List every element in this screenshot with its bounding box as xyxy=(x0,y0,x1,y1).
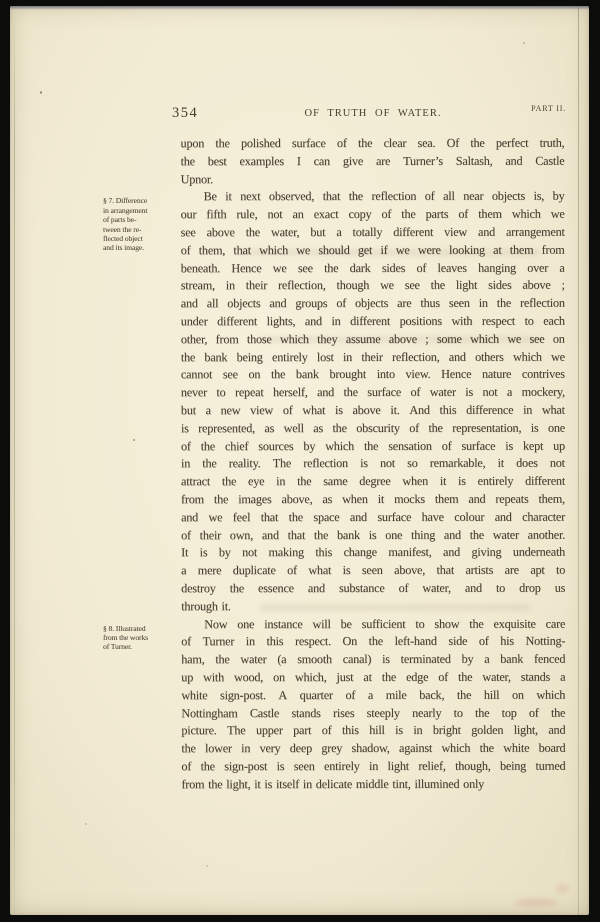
word: of xyxy=(458,207,468,222)
word: best xyxy=(208,154,227,169)
word: in xyxy=(331,314,340,329)
word: so xyxy=(407,456,417,471)
word: entirely xyxy=(272,350,308,365)
word: top xyxy=(502,705,517,720)
word: of xyxy=(425,189,435,204)
word: and xyxy=(308,581,325,596)
word: as xyxy=(264,421,274,436)
word: one xyxy=(548,420,565,435)
word: of xyxy=(529,705,539,720)
word: the xyxy=(208,777,222,792)
word: seen xyxy=(449,296,470,311)
word: the xyxy=(428,421,442,436)
text-line: fromtheimagesabove,aswhenitmocksthemandr… xyxy=(181,492,565,510)
word: see xyxy=(530,332,545,347)
word: of xyxy=(411,385,421,400)
word: a xyxy=(559,260,564,275)
word: ; xyxy=(561,278,564,293)
word: Hence xyxy=(441,367,471,382)
word: in xyxy=(181,457,190,472)
word: Be xyxy=(204,190,217,205)
word: near xyxy=(463,189,483,204)
word: change xyxy=(344,545,377,560)
word: is xyxy=(200,546,208,561)
word: shadow, xyxy=(352,741,390,756)
word: reality. xyxy=(229,457,261,472)
word: to xyxy=(216,385,225,400)
word: It xyxy=(181,546,188,561)
text-line: whitesign-post.Aquarterofamileback,thehi… xyxy=(181,687,565,705)
word: that xyxy=(233,243,251,258)
word: bank xyxy=(337,528,360,543)
word: a xyxy=(368,688,373,703)
margin-note-line: and its image. xyxy=(103,243,177,252)
word: what xyxy=(308,563,331,578)
word: it. xyxy=(390,403,399,418)
word: of xyxy=(337,136,347,151)
word: mockery, xyxy=(522,385,565,400)
text-line: nevertorepeatherself,andthesurfaceofwate… xyxy=(181,385,565,403)
word: duplicate xyxy=(233,563,276,578)
word: colour xyxy=(454,510,484,525)
word: above xyxy=(522,278,550,293)
word: the xyxy=(222,474,236,489)
word: of xyxy=(409,421,419,436)
word: above xyxy=(389,332,417,347)
word: surface xyxy=(367,385,401,400)
word: another. xyxy=(528,527,565,542)
word: in xyxy=(413,723,422,738)
word: entirely xyxy=(478,474,514,489)
word: of xyxy=(416,261,426,276)
word: which xyxy=(513,349,542,364)
word: rule, xyxy=(236,207,257,222)
word: which xyxy=(536,687,565,702)
word: water xyxy=(430,385,456,400)
word: to xyxy=(496,581,505,596)
word: new xyxy=(221,403,241,418)
word: of xyxy=(181,528,191,543)
word: seen xyxy=(294,759,315,774)
word: this xyxy=(267,634,284,649)
word: bank xyxy=(204,350,227,365)
word: the xyxy=(358,136,372,151)
paragraph-p2: Beitnextobserved,thatthereflectionofalln… xyxy=(181,189,566,617)
word: which, xyxy=(295,670,327,685)
word: mile xyxy=(386,688,407,703)
word: are xyxy=(397,296,411,311)
word: the xyxy=(215,652,229,667)
word: the xyxy=(470,527,484,542)
word: we xyxy=(273,261,287,276)
page-content: 354 OF TRUTH OF WATER. PART II. § 7. Dif… xyxy=(0,0,600,922)
word: deep xyxy=(290,741,312,756)
word: and xyxy=(262,528,279,543)
word: hill xyxy=(369,723,384,738)
word: from xyxy=(216,332,239,347)
word: not xyxy=(482,385,497,400)
word: degree xyxy=(359,474,390,489)
word: that xyxy=(437,563,455,578)
word: light, xyxy=(226,777,250,792)
word: entirely xyxy=(324,759,360,774)
word: white xyxy=(503,741,529,756)
word: is xyxy=(465,385,473,400)
text-line: thebestexamplesIcangiveareTurner’sSaltas… xyxy=(181,154,565,172)
word: on xyxy=(273,670,285,685)
word: thing xyxy=(411,527,435,542)
word: itself xyxy=(276,777,299,792)
word: by xyxy=(219,546,231,561)
word: to xyxy=(556,563,565,578)
text-line: stream,intheirreflection,thoughweseethel… xyxy=(181,278,565,296)
word: a xyxy=(484,652,489,667)
word: an xyxy=(293,207,304,222)
word: sign-post. xyxy=(220,688,266,703)
word: to xyxy=(454,705,463,720)
word: others xyxy=(475,349,504,364)
text-line: Beitnextobserved,thatthereflectionofalln… xyxy=(181,189,565,207)
word: space xyxy=(313,510,339,525)
word: respect. xyxy=(295,634,331,649)
text-line: inthereality.Thereflectionisnotsoremarka… xyxy=(181,456,565,474)
word: is xyxy=(181,421,189,436)
word: The xyxy=(227,723,245,738)
word: of xyxy=(438,670,448,685)
word: manifest, xyxy=(388,545,431,560)
word: objects xyxy=(492,189,525,204)
word: at xyxy=(363,670,371,685)
word: objects xyxy=(355,296,388,311)
word: sides xyxy=(488,278,511,293)
text-line: ham,thewater(asmoothcanal)isterminatedby… xyxy=(181,652,565,670)
word: arrangement xyxy=(506,225,565,240)
word: that xyxy=(323,189,341,204)
word: parts xyxy=(426,207,449,222)
word: groups xyxy=(295,296,327,311)
word: never xyxy=(181,385,207,400)
word: representation, xyxy=(452,421,521,436)
word: care xyxy=(546,616,566,631)
word: middle xyxy=(356,777,389,792)
word: it xyxy=(254,777,260,792)
text-line: upwithwood,onwhich,justattheedgeofthewat… xyxy=(181,670,565,688)
word: attract xyxy=(181,474,210,489)
word: turned xyxy=(535,759,565,774)
text-line: attracttheeyeinthesamedegreewhenitisenti… xyxy=(181,474,565,492)
text-line: thebankbeingentirelylostintheirreflectio… xyxy=(181,349,565,367)
word: being xyxy=(237,350,263,365)
word: ham, xyxy=(181,652,204,667)
word: the xyxy=(469,616,483,631)
word: at xyxy=(493,243,501,258)
word: sides xyxy=(382,261,405,276)
word: The xyxy=(273,456,291,471)
word: and xyxy=(468,492,485,507)
word: underneath xyxy=(513,545,565,560)
margin-note-line: from the works xyxy=(103,633,177,642)
word: in xyxy=(226,279,235,294)
word: polished xyxy=(241,136,281,151)
word: the xyxy=(470,136,484,151)
word: above, xyxy=(394,563,425,578)
word: that xyxy=(288,528,306,543)
word: stands xyxy=(291,706,320,721)
word: own, xyxy=(230,528,253,543)
text-line: destroytheessenceandsubstanceofwater,and… xyxy=(181,581,565,599)
word: are xyxy=(376,154,390,169)
word: and xyxy=(317,385,334,400)
word: the xyxy=(181,350,195,365)
word: to xyxy=(415,616,424,631)
word: this xyxy=(342,723,359,738)
word: lost xyxy=(317,350,334,365)
word: which xyxy=(512,207,541,222)
word: mere xyxy=(198,563,222,578)
word: hill xyxy=(484,688,499,703)
word: and xyxy=(350,510,367,525)
word: in xyxy=(276,474,285,489)
word: what xyxy=(302,403,325,418)
word: one xyxy=(237,617,254,632)
margin-note-line: § 7. Difference xyxy=(103,196,177,205)
word: well xyxy=(284,421,304,436)
text-line: Upnor. xyxy=(181,171,565,189)
word: under xyxy=(181,314,208,329)
word: positions xyxy=(400,314,442,329)
word: the xyxy=(369,634,383,649)
word: smooth xyxy=(297,652,332,667)
word: bank xyxy=(296,367,319,382)
word: which xyxy=(280,332,309,347)
word: which xyxy=(325,439,354,454)
word: see xyxy=(405,278,420,293)
text-line: seeabovethewater,butatotallydifferentvie… xyxy=(181,225,565,243)
word: and xyxy=(443,545,460,560)
word: examples xyxy=(240,154,284,169)
text-line: isrepresented,aswellastheobscurityofther… xyxy=(181,420,565,438)
word: water, xyxy=(422,581,450,596)
text-line: thelowerinverydeepgreyshadow,againstwhic… xyxy=(181,741,565,759)
word: is xyxy=(505,438,513,453)
word: quarter xyxy=(300,688,333,703)
word: just xyxy=(337,670,354,685)
word: different xyxy=(217,314,257,329)
word: as xyxy=(322,492,332,507)
word: on xyxy=(248,368,260,383)
word: reflection xyxy=(520,296,565,311)
word: Nottingham xyxy=(181,706,237,721)
word: surface xyxy=(461,438,495,453)
word: in xyxy=(246,634,255,649)
word: above, xyxy=(281,492,312,507)
word: golden xyxy=(471,723,503,738)
word: images xyxy=(238,492,271,507)
word: a xyxy=(181,563,186,578)
word: part xyxy=(293,723,311,738)
paragraph-p3: Nowoneinstancewillbesufficienttoshowthee… xyxy=(181,616,565,795)
word: the xyxy=(181,741,195,756)
word: essence xyxy=(258,581,294,596)
word: of xyxy=(345,688,355,703)
word: can xyxy=(314,154,330,169)
word: board xyxy=(539,741,566,756)
word: kept xyxy=(523,438,543,453)
word: they xyxy=(317,332,337,347)
word: truth, xyxy=(540,136,565,151)
word: see xyxy=(181,225,196,240)
word: sea. xyxy=(418,136,436,151)
word: ; xyxy=(425,332,428,347)
word: is xyxy=(531,421,539,436)
word: and xyxy=(495,510,512,525)
word: water xyxy=(240,652,266,667)
word: not xyxy=(380,456,395,471)
text-line: uponthepolishedsurfaceoftheclearsea.Ofth… xyxy=(181,136,565,154)
word: when xyxy=(342,492,368,507)
word: and xyxy=(548,723,565,738)
word: show xyxy=(434,616,459,631)
word: we xyxy=(507,332,521,347)
word: we xyxy=(551,349,565,364)
word: their xyxy=(246,279,267,294)
word: a xyxy=(507,385,512,400)
word: edge xyxy=(406,670,428,685)
word: stream, xyxy=(181,279,215,294)
word: and xyxy=(505,154,522,169)
word: we xyxy=(396,243,410,258)
word: of xyxy=(287,563,297,578)
word: the xyxy=(214,492,228,507)
word: though, xyxy=(455,759,491,774)
word: them, xyxy=(199,243,225,258)
word: making xyxy=(268,545,303,560)
word: by xyxy=(553,189,565,204)
word: the xyxy=(551,705,565,720)
word: the xyxy=(202,457,216,472)
word: from xyxy=(542,243,565,258)
word: our xyxy=(181,207,197,222)
word: see xyxy=(298,261,313,276)
word: in xyxy=(241,741,250,756)
word: of xyxy=(381,207,391,222)
word: water xyxy=(493,527,519,542)
word: above xyxy=(353,403,381,418)
word: the xyxy=(297,474,311,489)
word: upon xyxy=(181,136,205,151)
word: up xyxy=(553,438,565,453)
word: lights, xyxy=(267,314,296,329)
word: their xyxy=(200,528,221,543)
text-line: beneath.Henceweseethedarksidesofleavesha… xyxy=(181,260,565,278)
word: in xyxy=(343,350,352,365)
word: are xyxy=(505,563,519,578)
word: a xyxy=(560,670,565,685)
word: On xyxy=(343,634,358,649)
word: some xyxy=(437,332,462,347)
word: though xyxy=(336,278,369,293)
word: of xyxy=(181,439,191,454)
word: one xyxy=(385,527,402,542)
word: seen xyxy=(362,563,383,578)
word: lower xyxy=(205,741,232,756)
word: not xyxy=(242,545,257,560)
word: in xyxy=(303,777,312,792)
word: upper xyxy=(256,723,283,738)
word: stands xyxy=(521,670,550,685)
text-line: underdifferentlights,andindifferentposit… xyxy=(181,314,565,332)
word: but xyxy=(310,225,325,240)
word: cannot xyxy=(181,368,212,383)
margin-note-line: in arrangement xyxy=(103,206,177,215)
word: instance xyxy=(264,617,302,632)
word: above xyxy=(207,225,235,240)
word: if xyxy=(380,243,387,258)
word: and xyxy=(269,296,286,311)
word: canal) xyxy=(343,652,372,667)
word: sufficient xyxy=(362,616,406,631)
word: difference xyxy=(466,403,513,418)
word: Notting- xyxy=(526,634,566,649)
word: the xyxy=(324,261,338,276)
word: obscurity xyxy=(356,421,400,436)
word: next xyxy=(240,190,260,205)
word: all xyxy=(443,189,455,204)
word: same xyxy=(323,474,347,489)
word: the xyxy=(181,154,195,169)
word: were xyxy=(418,243,441,258)
word: delicate xyxy=(316,777,352,792)
word: grey xyxy=(321,741,342,756)
word: Of xyxy=(447,136,459,151)
word: being xyxy=(500,759,526,774)
word: the xyxy=(480,741,494,756)
word: tint, xyxy=(392,777,410,792)
word: Saltash, xyxy=(456,154,493,169)
word: from xyxy=(181,492,204,507)
word: the xyxy=(475,705,489,720)
word: exact xyxy=(314,207,339,222)
word: dark xyxy=(350,261,371,276)
word: different xyxy=(393,225,433,240)
word: this xyxy=(315,545,332,560)
word: to xyxy=(525,314,534,329)
word: it xyxy=(225,190,231,205)
word: view. xyxy=(406,367,431,382)
word: the xyxy=(215,136,229,151)
text-line: fromthelight,itisitselfindelicatemiddlet… xyxy=(181,776,565,794)
word: picture. xyxy=(181,724,216,739)
word: observed, xyxy=(269,189,314,204)
word: artists xyxy=(465,563,493,578)
word: (a xyxy=(277,652,286,667)
word: Castle xyxy=(535,154,564,169)
word: the xyxy=(401,207,415,222)
word: assume xyxy=(346,332,381,347)
word: Hence xyxy=(231,261,261,276)
word: Turner xyxy=(203,635,235,650)
word: the xyxy=(457,688,471,703)
text-line: andallobjectsandgroupsofobjectsarethusse… xyxy=(181,296,565,314)
word: in xyxy=(523,403,532,418)
word: side xyxy=(448,634,467,649)
word: it xyxy=(498,456,504,471)
word: clear xyxy=(384,136,407,151)
word: fenced xyxy=(534,652,565,667)
word: surface xyxy=(377,510,411,525)
word: not xyxy=(267,207,282,222)
word: us xyxy=(555,581,565,596)
